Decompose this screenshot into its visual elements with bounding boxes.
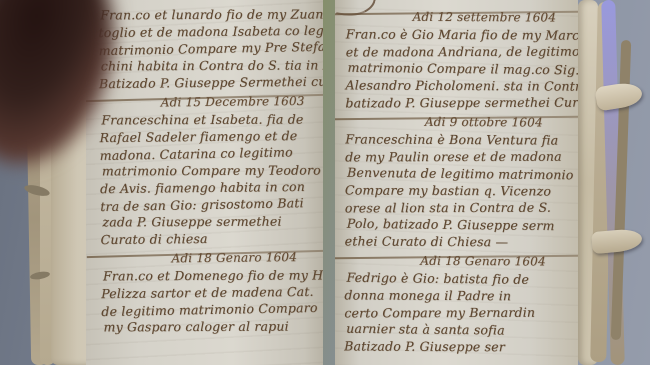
manuscript-line: de my Paulin orese et de madona bbox=[345, 148, 576, 166]
entry-date-row: Adi 18 Genaro 1604 bbox=[345, 252, 576, 270]
manuscript-line: Compare my bastian q. Vicenzo bbox=[345, 181, 576, 199]
manuscript-line: Franceschina et Isabeta. fia de bbox=[101, 110, 322, 128]
right-page-edges bbox=[578, 0, 642, 365]
manuscript-line: certo Compare my Bernardin bbox=[344, 304, 575, 322]
manuscript-line: Curato di chiesa bbox=[101, 229, 322, 248]
manuscript-line: Batizado P. Giuseppe ser bbox=[344, 337, 575, 355]
entry-date-text: Adi 12 settembre 1604 bbox=[413, 10, 557, 25]
manuscript-line: Fedrigo è Gio: batista fio de bbox=[346, 269, 577, 289]
manuscript-line: batizado P. Giuseppe sermethei Curato bbox=[345, 94, 576, 112]
torn-page-flap bbox=[591, 228, 643, 254]
book-gutter bbox=[321, 0, 336, 365]
entry-date-text: Adi 9 ottobre 1604 bbox=[425, 115, 543, 130]
manuscript-line: Benvenuta de legitimo matrimonio bbox=[347, 164, 578, 184]
manuscript-line: Alesandro Picholomeni. sta in Contra bbox=[345, 76, 576, 94]
manuscript-line: zada P. Giuseppe sermethei bbox=[102, 212, 323, 230]
manuscript-line: uarnier sta à santa sofia bbox=[346, 320, 577, 340]
entry-date-row: Adi 15 Decembre 1603 bbox=[99, 93, 320, 112]
manuscript-line: matrimonio Compare il mag.co Sig.r bbox=[348, 59, 578, 79]
right-page-text: Adi 12 settembre 1604Fran.co è Gio Maria… bbox=[335, 0, 578, 365]
manuscript-line: Polo, batizado P. Giuseppe serm bbox=[347, 215, 578, 235]
entry-date-row: Adi 9 ottobre 1604 bbox=[345, 113, 576, 131]
entry-date-text: Adi 18 Genaro 1604 bbox=[171, 250, 297, 265]
manuscript-line: Franceschina è Bona Ventura fia bbox=[345, 130, 576, 148]
manuscript-line: donna monega il Padre in bbox=[344, 286, 575, 304]
photo-scene: Fran.co et lunardo fio de my Zuane Jilto… bbox=[0, 0, 650, 365]
manuscript-line: Fran.co et Domenego fio de my Her. bbox=[103, 266, 323, 284]
manuscript-line: Batizado P. Giuseppe Sermethei curato bbox=[99, 73, 320, 92]
entry-date-text: Adi 18 Genaro 1604 bbox=[420, 254, 546, 269]
right-page: Adi 12 settembre 1604Fran.co è Gio Maria… bbox=[335, 0, 578, 365]
manuscript-line: orese al lion sta in Contra de S. bbox=[345, 199, 576, 217]
entry-date-text: Adi 15 Decembre 1603 bbox=[161, 94, 305, 110]
entry-date-row: Adi 18 Genaro 1604 bbox=[101, 249, 322, 268]
manuscript-line: Fran.co è Gio Maria fio de my Marcho cal… bbox=[346, 25, 577, 43]
manuscript-line: my Gasparo caloger al rapui bbox=[103, 317, 323, 335]
manuscript-line: matrimonio Compare my Teodoro bbox=[102, 161, 323, 179]
manuscript-line: ethei Curato di Chiesa — bbox=[345, 232, 576, 250]
left-page: Fran.co et lunardo fio de my Zuane Jilto… bbox=[86, 0, 323, 365]
manuscript-line: et de madona Andriana, de legitimo bbox=[346, 43, 577, 61]
entry-date-row: Adi 12 settembre 1604 bbox=[346, 8, 577, 26]
left-page-text: Fran.co et lunardo fio de my Zuane Jilto… bbox=[86, 0, 323, 365]
manuscript-line: chini habita in Contra do S. tia in Breg… bbox=[101, 56, 322, 74]
manuscript-line: Fran.co et lunardo fio de my Zuane Jil bbox=[100, 5, 321, 23]
